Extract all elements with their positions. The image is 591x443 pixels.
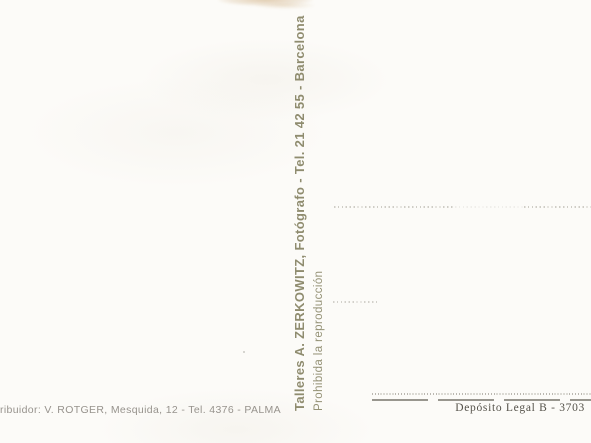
postcard-back: Talleres A. ZERKOWITZ, Fotógrafo - Tel. … xyxy=(0,0,591,443)
bottom-dashed-rule xyxy=(372,399,591,401)
deposito-legal: Depósito Legal B - 3703 xyxy=(455,402,585,414)
address-dotted-line-1-middle xyxy=(455,206,524,208)
scan-edge-smudge-faint xyxy=(255,3,315,9)
vertical-credit-block: Talleres A. ZERKOWITZ, Fotógrafo - Tel. … xyxy=(290,15,327,411)
paper-speck xyxy=(243,351,245,353)
address-dotted-line-2 xyxy=(333,301,380,303)
publisher-credit: Talleres A. ZERKOWITZ, Fotógrafo - Tel. … xyxy=(290,15,310,411)
bottom-dotted-rule xyxy=(372,393,591,395)
reproduction-notice: Prohibida la reproducción xyxy=(312,15,327,411)
address-dotted-line-1-left xyxy=(334,206,455,208)
address-dotted-line-1-right xyxy=(524,206,591,208)
distributor-credit: ribuidor: V. ROTGER, Mesquida, 12 - Tel.… xyxy=(0,404,281,416)
